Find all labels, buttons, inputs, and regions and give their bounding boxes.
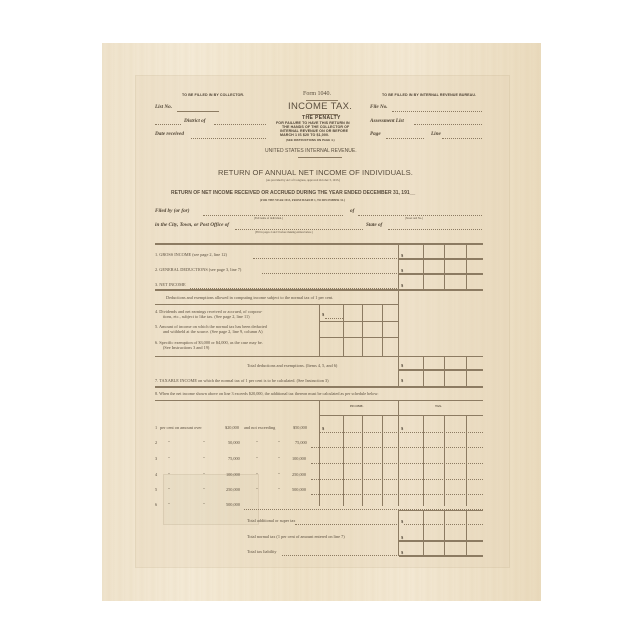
ditto: ": [203, 487, 205, 492]
line-7-taxable-income: 7. TAXABLE INCOME on which the normal ta…: [155, 378, 329, 383]
subtitle-note: (FOR THE YEAR 1913, FROM MARCH 1, TO DEC…: [260, 198, 345, 202]
city-field[interactable]: [235, 229, 363, 230]
ditto: ": [203, 502, 205, 507]
total-deductions-label: Total deductions and exemptions. (Items …: [247, 363, 337, 368]
list-no-label: List No.: [155, 104, 172, 110]
ditto: ": [278, 487, 280, 492]
schedule-row-5-to: 500,000: [292, 487, 306, 492]
ditto: ": [168, 472, 170, 477]
assessment-list-label: Assessment List: [370, 118, 404, 124]
ditto: ": [203, 456, 205, 461]
line-6-exemption-cont: (See Instructions 3 and 19): [163, 345, 209, 350]
grid-line: [382, 415, 383, 506]
ditto: ": [168, 487, 170, 492]
line-3-net-income: 3. NET INCOME: [155, 282, 186, 287]
rule: [398, 510, 483, 511]
district-label: District of: [184, 118, 205, 124]
total-deductions-field[interactable]: [399, 369, 483, 371]
line-4-amount-field[interactable]: [325, 318, 343, 319]
schedule-row-1-to: $50,000: [293, 425, 307, 430]
grid-line: [362, 305, 363, 356]
grid-line: [444, 356, 445, 388]
col-income-header: INCOME.: [350, 404, 363, 408]
form-number: Form 1040.: [303, 91, 331, 97]
agency-name: UNITED STATES INTERNAL REVENUE.: [265, 148, 357, 154]
rule: [298, 157, 342, 158]
schedule-row-2-field[interactable]: [311, 447, 483, 448]
page-field[interactable]: [386, 138, 424, 139]
page-label: Page: [370, 131, 381, 137]
total-additional-tax-field[interactable]: [404, 524, 483, 525]
grid-line: [466, 244, 467, 289]
line-label: Line: [431, 131, 441, 137]
subtitle: RETURN OF NET INCOME RECEIVED OR ACCRUED…: [171, 190, 415, 196]
ditto: ": [256, 487, 258, 492]
grid-line: [444, 510, 445, 556]
dollar-sign: $: [401, 283, 403, 288]
grid-line: [423, 356, 424, 388]
rule: [155, 356, 483, 357]
leader-dots: [282, 555, 397, 556]
state-field[interactable]: [388, 229, 482, 230]
file-no-label: File No.: [370, 104, 388, 110]
ditto: ": [168, 440, 170, 445]
ditto: ": [256, 472, 258, 477]
collector-caption: TO BE FILLED IN BY COLLECTOR.: [182, 93, 244, 97]
line-5-withheld-cont: and withheld at the source. (See page 2,…: [163, 329, 263, 334]
full-name-hint: (Full name of individual.): [254, 217, 283, 220]
leader-dots: [295, 524, 397, 525]
schedule-row-2-from: 50,000: [228, 440, 240, 445]
section-rule: [155, 243, 483, 245]
bureau-caption: TO BE FILLED IN BY INTERNAL REVENUE BURE…: [382, 93, 476, 97]
schedule-row-5-pct: 5: [155, 487, 157, 492]
grid-line: [398, 356, 399, 388]
schedule-row-4-to: 250,000: [292, 472, 306, 477]
grid-line: [398, 290, 399, 356]
grid-line: [382, 305, 383, 356]
line-4-dividends-cont: tions, etc., subject to like tax. (See p…: [163, 314, 250, 319]
schedule-row-1-field[interactable]: [319, 432, 483, 433]
grid-line: [444, 244, 445, 289]
line-7-amount-field[interactable]: [155, 386, 483, 388]
assessment-list-field[interactable]: [414, 124, 482, 125]
schedule-row-4-from: 100,000: [226, 472, 240, 477]
act-note: (As provided by Act of Congress, approve…: [266, 178, 340, 182]
schedule-row-6-from: 500,000: [226, 502, 240, 507]
schedule-row-2-to: 75,000: [295, 440, 307, 445]
grid-line: [423, 244, 424, 289]
line-field[interactable]: [442, 138, 482, 139]
schedule-row-6-pct: 6: [155, 502, 157, 507]
schedule-row-1-text-b: and not exceeding: [244, 425, 275, 430]
state-label: State of: [366, 222, 382, 228]
city-label: in the City, Town, or Post Office of: [155, 222, 229, 228]
grid-line: [343, 305, 344, 356]
dollar-sign: $: [322, 312, 324, 317]
schedule-row-3-field[interactable]: [311, 463, 483, 464]
total-normal-tax-label: Total normal tax (1 per cent of amount e…: [247, 534, 345, 539]
grid-line: [466, 356, 467, 388]
grid-line: [444, 415, 445, 506]
schedule-row-3-pct: 3: [155, 456, 157, 461]
faint-stamp-overlay: [163, 474, 259, 525]
grid-line: [398, 244, 399, 289]
line-3-amount-field[interactable]: [155, 289, 483, 291]
total-tax-liability-label: Total tax liability: [247, 549, 277, 554]
dollar-sign: $: [401, 426, 403, 431]
ditto: ": [256, 456, 258, 461]
total-additional-tax-label: Total additional or super tax: [247, 518, 295, 523]
dollar-sign: $: [401, 363, 403, 368]
ditto: ": [256, 440, 258, 445]
full-name-field[interactable]: [203, 215, 343, 216]
schedule-row-2-pct: 2: [155, 440, 157, 445]
line-1-amount-field[interactable]: [399, 258, 483, 260]
ditto: ": [168, 502, 170, 507]
line-8-instruction: 8. When the net income shown above on li…: [155, 391, 379, 396]
grid-line: [466, 415, 467, 506]
fill-hint: (Fill in pages 2 and 3 before making ent…: [255, 231, 313, 234]
street-hint: (Street and No.): [405, 217, 423, 220]
schedule-row-4-field[interactable]: [311, 479, 483, 480]
district-prefix-field[interactable]: [155, 124, 181, 125]
ditto: ": [278, 472, 280, 477]
ditto: ": [168, 456, 170, 461]
main-title: RETURN OF ANNUAL NET INCOME OF INDIVIDUA…: [218, 168, 413, 177]
rule: [319, 337, 398, 338]
schedule-row-4-pct: 4: [155, 472, 157, 477]
dollar-sign: $: [401, 378, 403, 383]
schedule-row-3-from: 75,000: [228, 456, 240, 461]
list-no-field[interactable]: [177, 111, 219, 112]
form-title: INCOME TAX.: [288, 101, 352, 112]
total-normal-tax-field[interactable]: [399, 540, 483, 542]
total-tax-liability-field[interactable]: [399, 555, 483, 557]
street-field[interactable]: [358, 215, 482, 216]
grid-line: [466, 510, 467, 556]
ditto: ": [278, 440, 280, 445]
filed-by-label: Filed by (or for): [155, 208, 189, 214]
line-2-deductions: 2. GENERAL DEDUCTIONS (see page 3, line …: [155, 267, 241, 272]
schedule-row-1-from: $20,000: [225, 425, 239, 430]
grid-line: [319, 305, 320, 356]
schedule-row-3-to: 100,000: [292, 456, 306, 461]
penalty-note: (SEE INSTRUCTIONS ON PAGE 4.): [286, 138, 335, 142]
of-label: of: [350, 208, 354, 214]
dollar-sign: $: [401, 519, 403, 524]
dollar-sign: $: [322, 426, 324, 431]
schedule-row-5-field[interactable]: [311, 494, 483, 495]
ditto: ": [278, 456, 280, 461]
grid-line: [343, 415, 344, 506]
line-1-gross-income: 1. GROSS INCOME (see page 2, line 12): [155, 252, 227, 257]
schedule-row-1-text: per cent on amount over: [160, 425, 202, 430]
col-tax-header: TAX.: [435, 404, 442, 408]
date-received-field[interactable]: [191, 138, 266, 139]
grid-line: [423, 510, 424, 556]
grid-line: [362, 415, 363, 506]
line-2-amount-field[interactable]: [399, 273, 483, 275]
penalty-line-4: MARCH 1 IS $20 TO $1,000.: [280, 133, 329, 137]
leader-dots: [253, 258, 397, 259]
file-no-field[interactable]: [392, 111, 482, 112]
date-received-label: Date received: [155, 131, 184, 137]
ditto: ": [203, 472, 205, 477]
rule: [319, 321, 398, 322]
schedule-row-5-from: 250,000: [226, 487, 240, 492]
grid-line: [398, 510, 399, 556]
deductions-heading: Deductions and exemptions allowed in com…: [166, 295, 333, 300]
ditto: ": [203, 440, 205, 445]
leader-dots: [262, 273, 397, 274]
district-field[interactable]: [214, 124, 266, 125]
schedule-row-1-pct: 1: [155, 425, 157, 430]
grid-line: [423, 415, 424, 506]
